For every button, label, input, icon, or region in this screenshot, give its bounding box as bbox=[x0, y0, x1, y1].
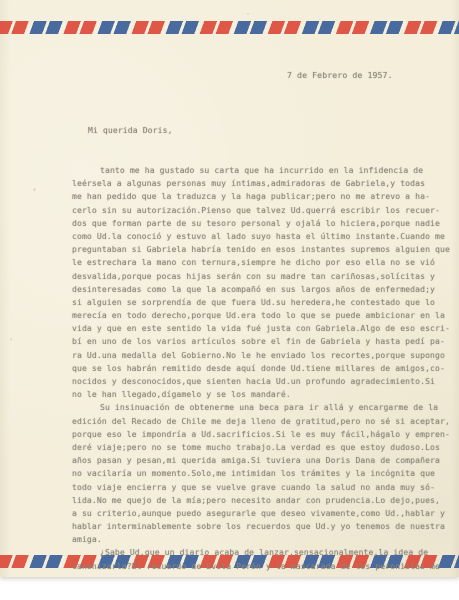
letter-line: todo viaje encierra y que se vuelve grav… bbox=[72, 481, 452, 494]
letter-line: no le han llegado,dígamelo y se los mand… bbox=[72, 388, 452, 401]
letter-line: leérsela a algunas personas muy íntimas,… bbox=[72, 177, 452, 190]
letter-line: desvalida,porque pocas hijas serán con s… bbox=[72, 270, 452, 283]
letter-line: tanto me ha gustado su carta que ha incu… bbox=[72, 164, 452, 177]
letter-line: le estrechara la mano con ternura,siempr… bbox=[72, 256, 452, 269]
letter-line: edición del Recado de Chile me deja llen… bbox=[72, 415, 452, 428]
letter-line: porque eso le impondría a Ud.sacrificios… bbox=[72, 428, 452, 441]
paper-blemish bbox=[33, 188, 36, 191]
letter-body: Mi querida Doris, tanto me ha gustado su… bbox=[72, 98, 452, 599]
letter-line: me han pedido que la traduzca y la haga … bbox=[72, 190, 452, 203]
letter-line: canonizarla?El recuerdo de Evita Perón y… bbox=[72, 560, 452, 573]
letter-paragraphs: tanto me ha gustado su carta que ha incu… bbox=[72, 164, 452, 573]
letter-line: a su criterio,aunque puedo asegurarle qu… bbox=[72, 507, 452, 520]
letter-line: nocidos y desconocidos,que sienten hacia… bbox=[72, 375, 452, 388]
scanned-letter-page: 7 de Febrero de 1957. Mi querida Doris, … bbox=[0, 0, 459, 600]
letter-line: como Ud.la conoció y estuvo al lado suyo… bbox=[72, 230, 452, 243]
letter-line: amiga. bbox=[72, 533, 452, 546]
letter-line: ¿Sabe Ud.que un diario acaba de lanzar,s… bbox=[72, 546, 452, 559]
paper-blemish bbox=[10, 338, 12, 341]
letter-date: 7 de Febrero de 1957. bbox=[287, 70, 393, 80]
letter-line: merecía en todo derecho,porque Ud.era to… bbox=[72, 309, 452, 322]
letter-line: preguntaban si Gabriela habría tenido en… bbox=[72, 243, 452, 256]
letter-line: hablar interminablemente sobre los recue… bbox=[72, 520, 452, 533]
letter-line: Su insinuación de obtenerme una beca par… bbox=[72, 401, 452, 414]
airmail-border-top bbox=[0, 21, 459, 34]
letter-line: si alguien se sorprendía de que fuera Ud… bbox=[72, 296, 452, 309]
letter-line: dos que forman parte de su tesoro person… bbox=[72, 217, 452, 230]
letter-line: que se los habrán remitido desde aquí do… bbox=[72, 362, 452, 375]
airmail-paper: 7 de Febrero de 1957. Mi querida Doris, … bbox=[0, 0, 459, 577]
letter-line: deré viaje;pero no se tome mucho trabajo… bbox=[72, 441, 452, 454]
letter-line: cerlo sin su autorización.Pienso que tal… bbox=[72, 204, 452, 217]
letter-greeting: Mi querida Doris, bbox=[88, 124, 452, 137]
letter-line: vida y que en este sentido la vida fué j… bbox=[72, 322, 452, 335]
letter-line: ra Ud.una medalla del Gobierno.No le he … bbox=[72, 349, 452, 362]
paper-blemish bbox=[247, 13, 249, 15]
letter-line: desinteresadas como la que la acompañó e… bbox=[72, 283, 452, 296]
letter-line: no vacilaría un momento.Solo,me intimida… bbox=[72, 467, 452, 480]
letter-line: bí en uno de los varios artículos sobre … bbox=[72, 335, 452, 348]
letter-line: lida.No me quejo de la mía;pero necesito… bbox=[72, 494, 452, 507]
letter-line: años pasan y pesan,mi querida amiga.Si t… bbox=[72, 454, 452, 467]
